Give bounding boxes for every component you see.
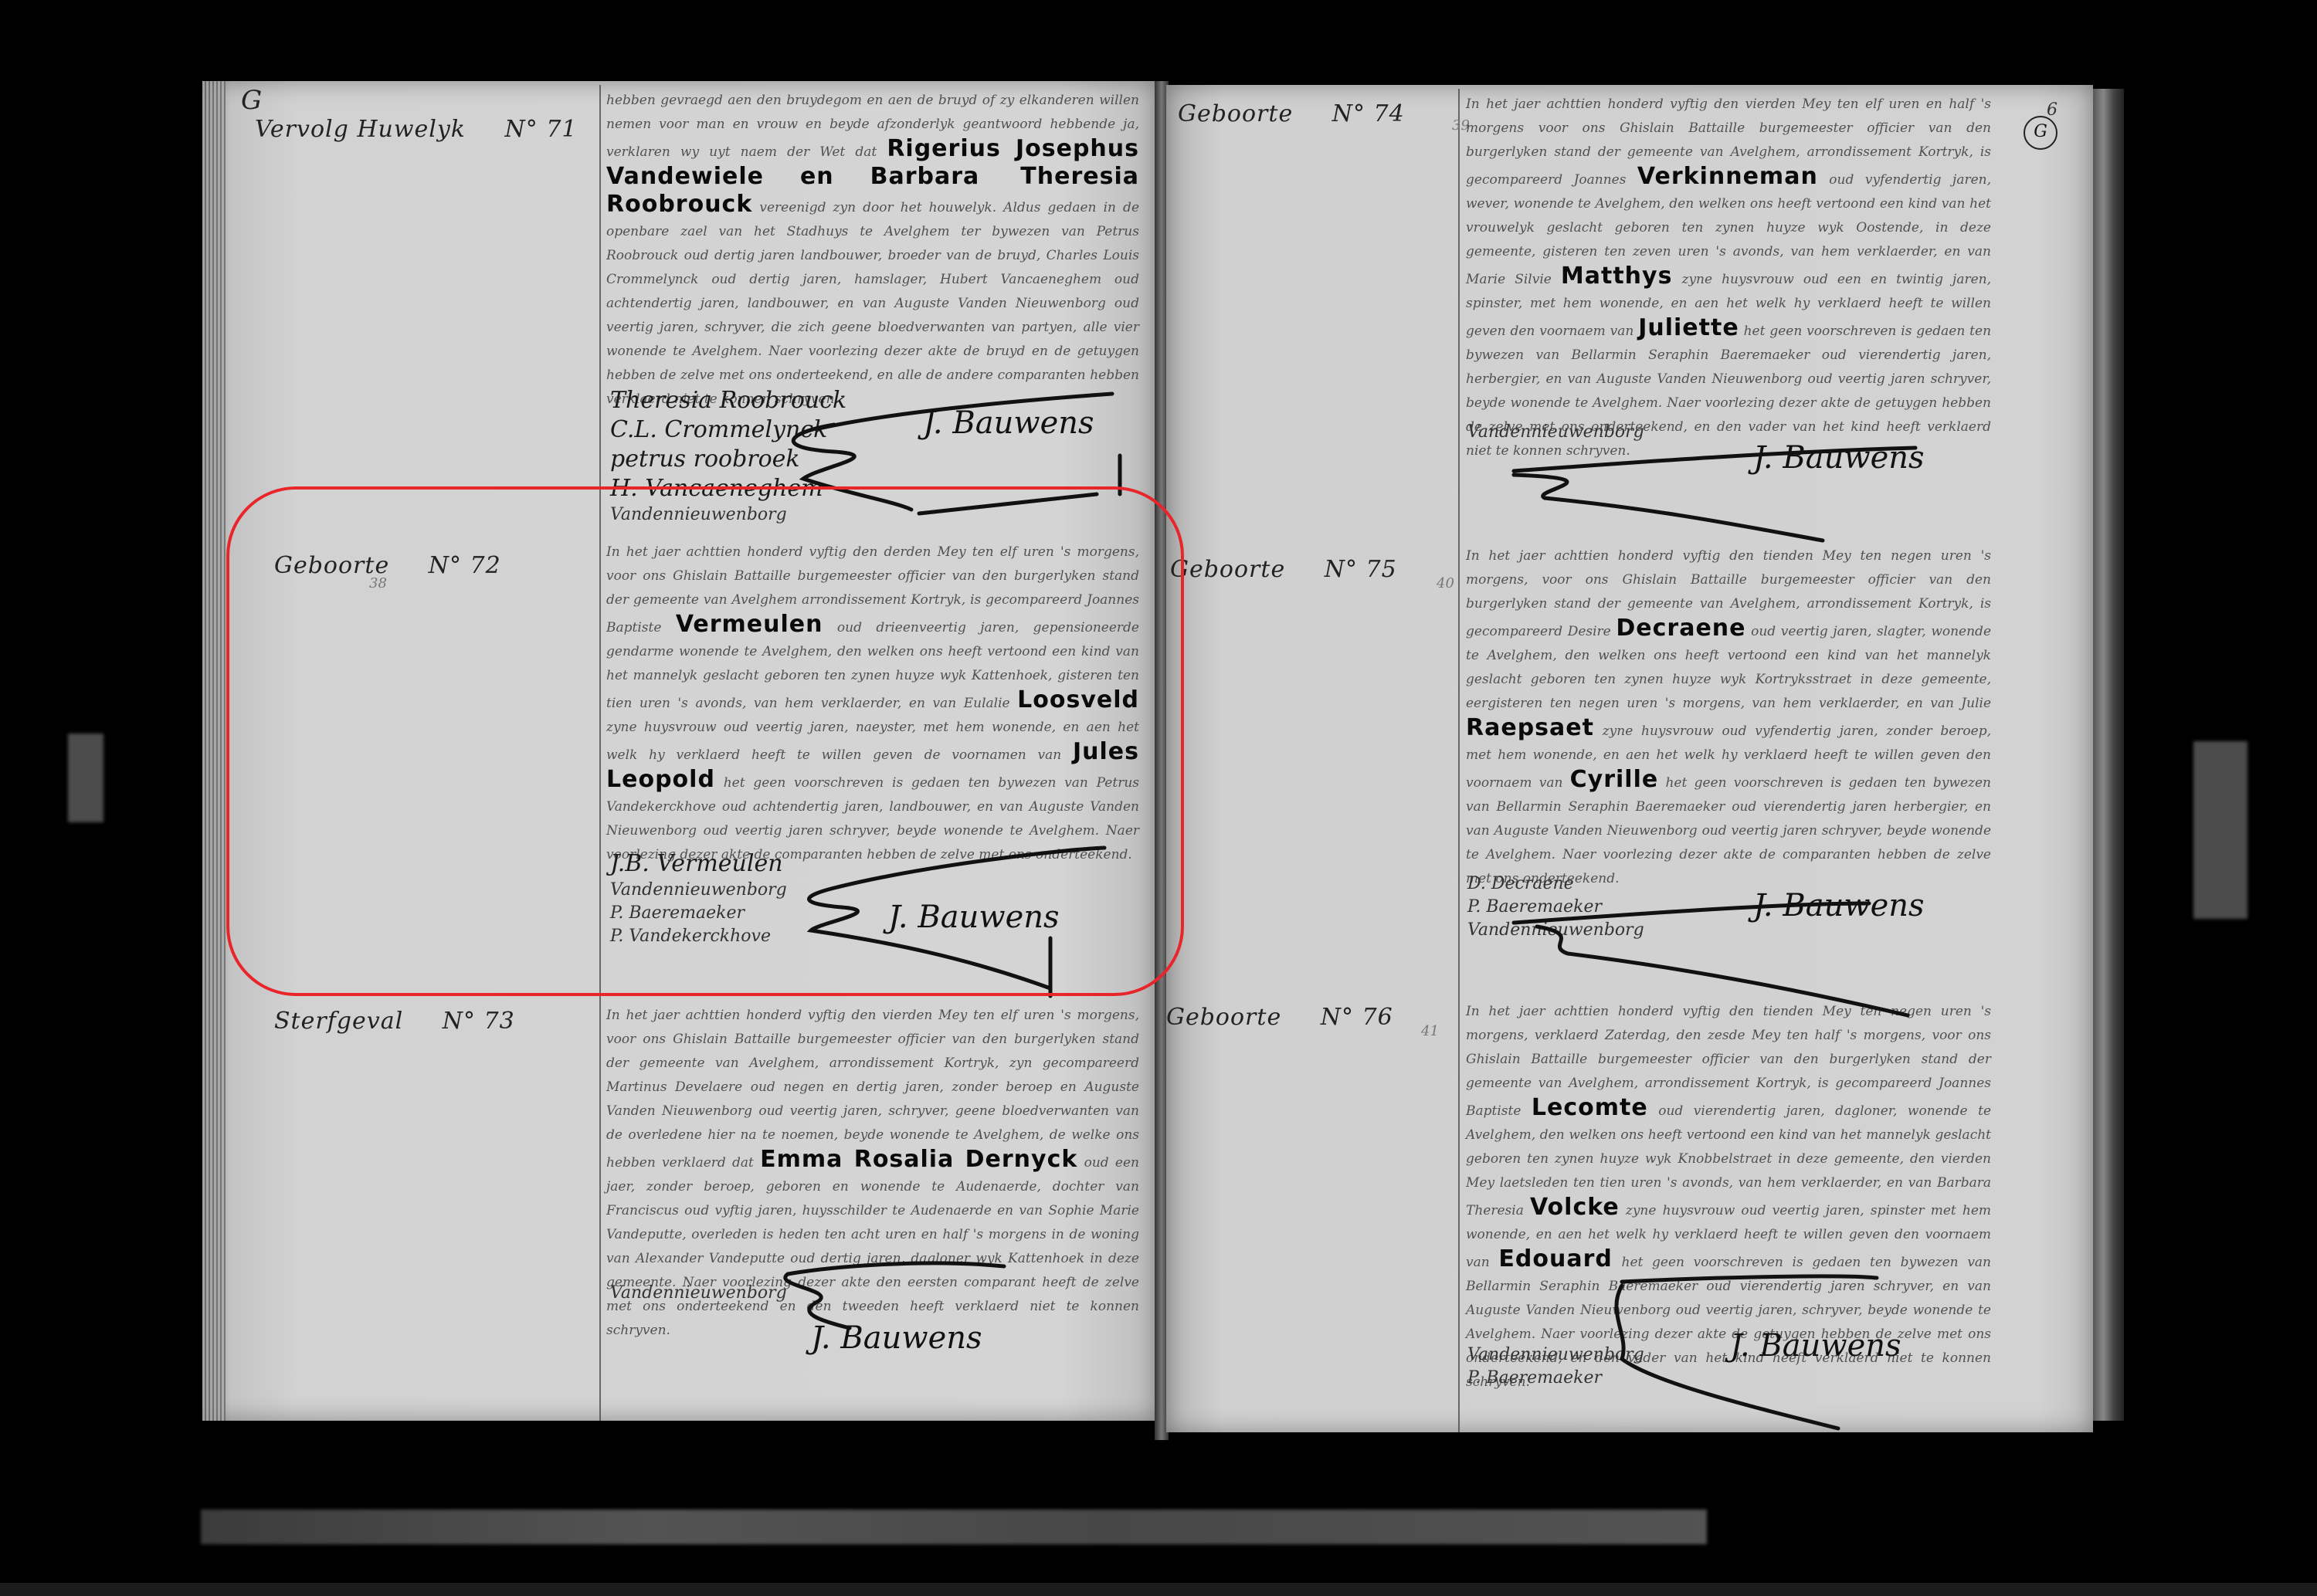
signature-flourishes [0, 0, 2317, 1596]
